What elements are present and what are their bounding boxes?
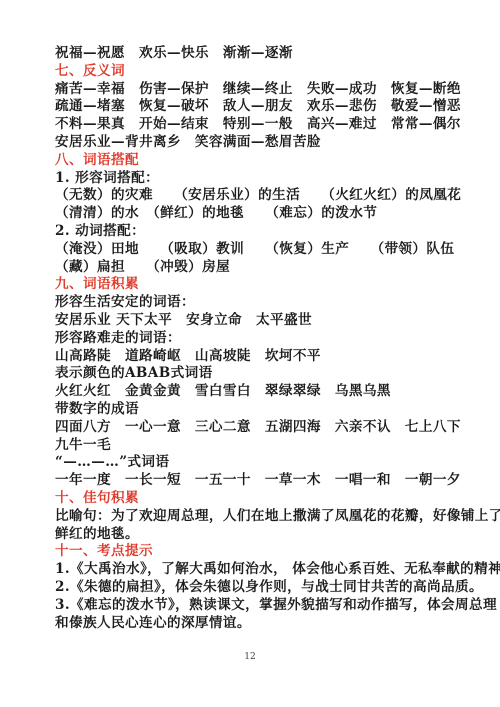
text-line: （淹没）田地 （吸取）教训 （恢复）生产 （带领）队伍 (55, 241, 462, 259)
section-heading: 十一、考点提示 (55, 543, 462, 561)
text-line: 3.《难忘的泼水节》，熟读课文，掌握外貌描写和动作描写，体会周总理 (55, 597, 462, 615)
text-line: 安居乐业—背井离乡 笑容满面—愁眉苦脸 (55, 134, 462, 152)
text-line: 疏通—堵塞 恢复—破坏 敌人—朋友 欢乐—悲伤 敬爱—憎恶 (55, 98, 462, 116)
text-line: 和傣族人民心连心的深厚情谊。 (55, 615, 462, 633)
document-content: 祝福—祝愿 欢乐—快乐 渐渐—逐渐七、反义词痛苦—幸福 伤害—保护 继续—终止 … (55, 45, 462, 632)
text-line: 1.《大禹治水》，了解大禹如何治水， 体会他心系百姓、无私奉献的精神。 (55, 561, 462, 579)
page-number: 12 (0, 652, 500, 662)
section-heading: 七、反义词 (55, 63, 462, 81)
text-line: （清清）的水 （鲜红）的地毯 （难忘）的泼水节 (55, 205, 462, 223)
text-line: （无数）的灾难 （安居乐业）的生活 （火红火红）的凤凰花 (55, 187, 462, 205)
section-heading: 八、词语搭配 (55, 152, 462, 170)
text-line: 一年一度 一长一短 一五一十 一草一木 一唱一和 一朝一夕 (55, 472, 462, 490)
text-line: 山高路陡 道路崎岖 山高坡陡 坎坷不平 (55, 348, 462, 366)
text-line: 九牛一毛 (55, 437, 462, 455)
text-line: 祝福—祝愿 欢乐—快乐 渐渐—逐渐 (55, 45, 462, 63)
text-line: 安居乐业 天下太平 安身立命 太平盛世 (55, 312, 462, 330)
section-heading: 十、佳句积累 (55, 490, 462, 508)
text-line: 鲜红的地毯。 (55, 526, 462, 544)
text-line: 带数字的成语 (55, 401, 462, 419)
text-line: （藏）扁担 （冲毁）房屋 (55, 259, 462, 277)
text-line: “—…—…”式词语 (55, 454, 462, 472)
section-heading: 九、词语积累 (55, 276, 462, 294)
text-line: 形容生活安定的词语： (55, 294, 462, 312)
document-page: 祝福—祝愿 欢乐—快乐 渐渐—逐渐七、反义词痛苦—幸福 伤害—保护 继续—终止 … (0, 0, 500, 707)
text-line: 不料—果真 开始—结束 特别—一般 高兴—难过 常常—偶尔 (55, 116, 462, 134)
text-line: 四面八方 一心一意 三心二意 五湖四海 六亲不认 七上八下 (55, 419, 462, 437)
text-line: 比喻句：为了欢迎周总理，人们在地上撒满了凤凰花的花瓣，好像铺上了 (55, 508, 462, 526)
text-line: 2. 动词搭配： (55, 223, 462, 241)
text-line: 2.《朱德的扁担》，体会朱德以身作则，与战士同甘共苦的高尚品质。 (55, 579, 462, 597)
text-line: 表示颜色的ABAB式词语 (55, 365, 462, 383)
text-line: 形容路难走的词语： (55, 330, 462, 348)
text-line: 火红火红 金黄金黄 雪白雪白 翠绿翠绿 乌黑乌黑 (55, 383, 462, 401)
text-line: 痛苦—幸福 伤害—保护 继续—终止 失败—成功 恢复—断绝 (55, 81, 462, 99)
text-line: 1. 形容词搭配： (55, 170, 462, 188)
